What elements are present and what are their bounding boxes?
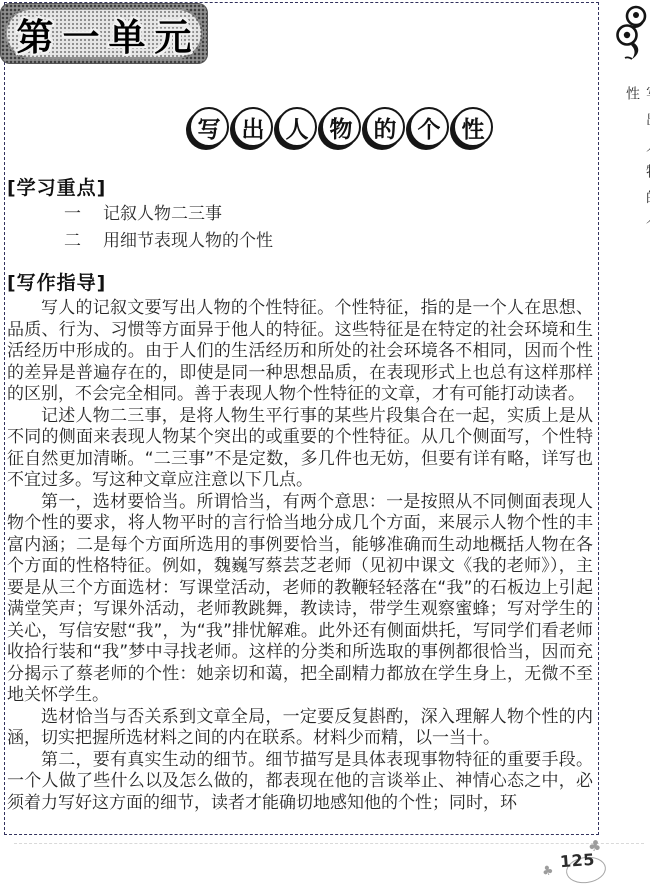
writing-guidance-body: 写人的记叙文要写出人物的个性特征。个性特征，指的是一个人在思想、品质、行为、习惯… (7, 298, 593, 814)
guidance-paragraph: 第二，要有真实生动的细节。细节描写是具体表现事物特征的重要手段。一个人做了些什么… (7, 750, 593, 815)
guidance-paragraph: 写人的记叙文要写出人物的个性特征。个性特征，指的是一个人在思想、品质、行为、习惯… (7, 298, 593, 406)
study-focus-item-number: 二 (64, 231, 81, 251)
guidance-paragraph: 记述人物二三事，是将人物生平行事的某些片段集合在一起，实质上是从不同的侧面来表现… (7, 406, 593, 492)
swirl-ornament-icon (613, 5, 649, 65)
guidance-paragraph: 选材恰当与否关系到文章全局，一定要反复斟酌，深入理解人物个性的内涵，切实把握所选… (7, 707, 593, 750)
study-focus-item-number: 一 (64, 204, 81, 224)
page-number: 125 (559, 850, 595, 871)
study-focus-item-text: 用细节表现人物的个性 (103, 231, 273, 251)
study-focus-item: 二用细节表现人物的个性 (64, 229, 593, 253)
chapter-title-char: 的 (365, 107, 405, 147)
writing-guidance-heading: [写作指导] (7, 272, 593, 294)
study-focus-item-text: 记叙人物二三事 (103, 204, 222, 224)
clover-icon: ♣ (541, 864, 556, 880)
side-vertical-title: 写出人物的个性 (622, 86, 650, 266)
unit-banner: 第一单元 (1, 4, 207, 63)
guidance-paragraph: 第一，选材要恰当。所谓恰当，有两个意思：一是按照从不同侧面表现人物个性的要求，将… (7, 492, 593, 707)
chapter-title-char: 人 (277, 107, 317, 147)
unit-banner-title: 第一单元 (1, 4, 207, 63)
study-focus-item: 一记叙人物二三事 (64, 202, 593, 226)
chapter-title-char: 性 (453, 107, 493, 147)
chapter-title-char: 物 (321, 107, 361, 147)
chapter-title: 写 出 人 物 的 个 性 (189, 107, 493, 147)
chapter-title-char: 出 (233, 107, 273, 147)
book-page: 第一单元 写出人物的个性 写 出 人 物 的 个 性 [学习重点] 一记叙人物二… (0, 0, 650, 889)
main-content: [学习重点] 一记叙人物二三事 二用细节表现人物的个性 [写作指导] 写人的记叙… (7, 177, 593, 814)
study-focus-heading: [学习重点] (7, 177, 593, 199)
page-number-ornament: ♣ ♣ 125 (536, 841, 616, 887)
chapter-title-char: 个 (409, 107, 449, 147)
chapter-title-char: 写 (189, 107, 229, 147)
